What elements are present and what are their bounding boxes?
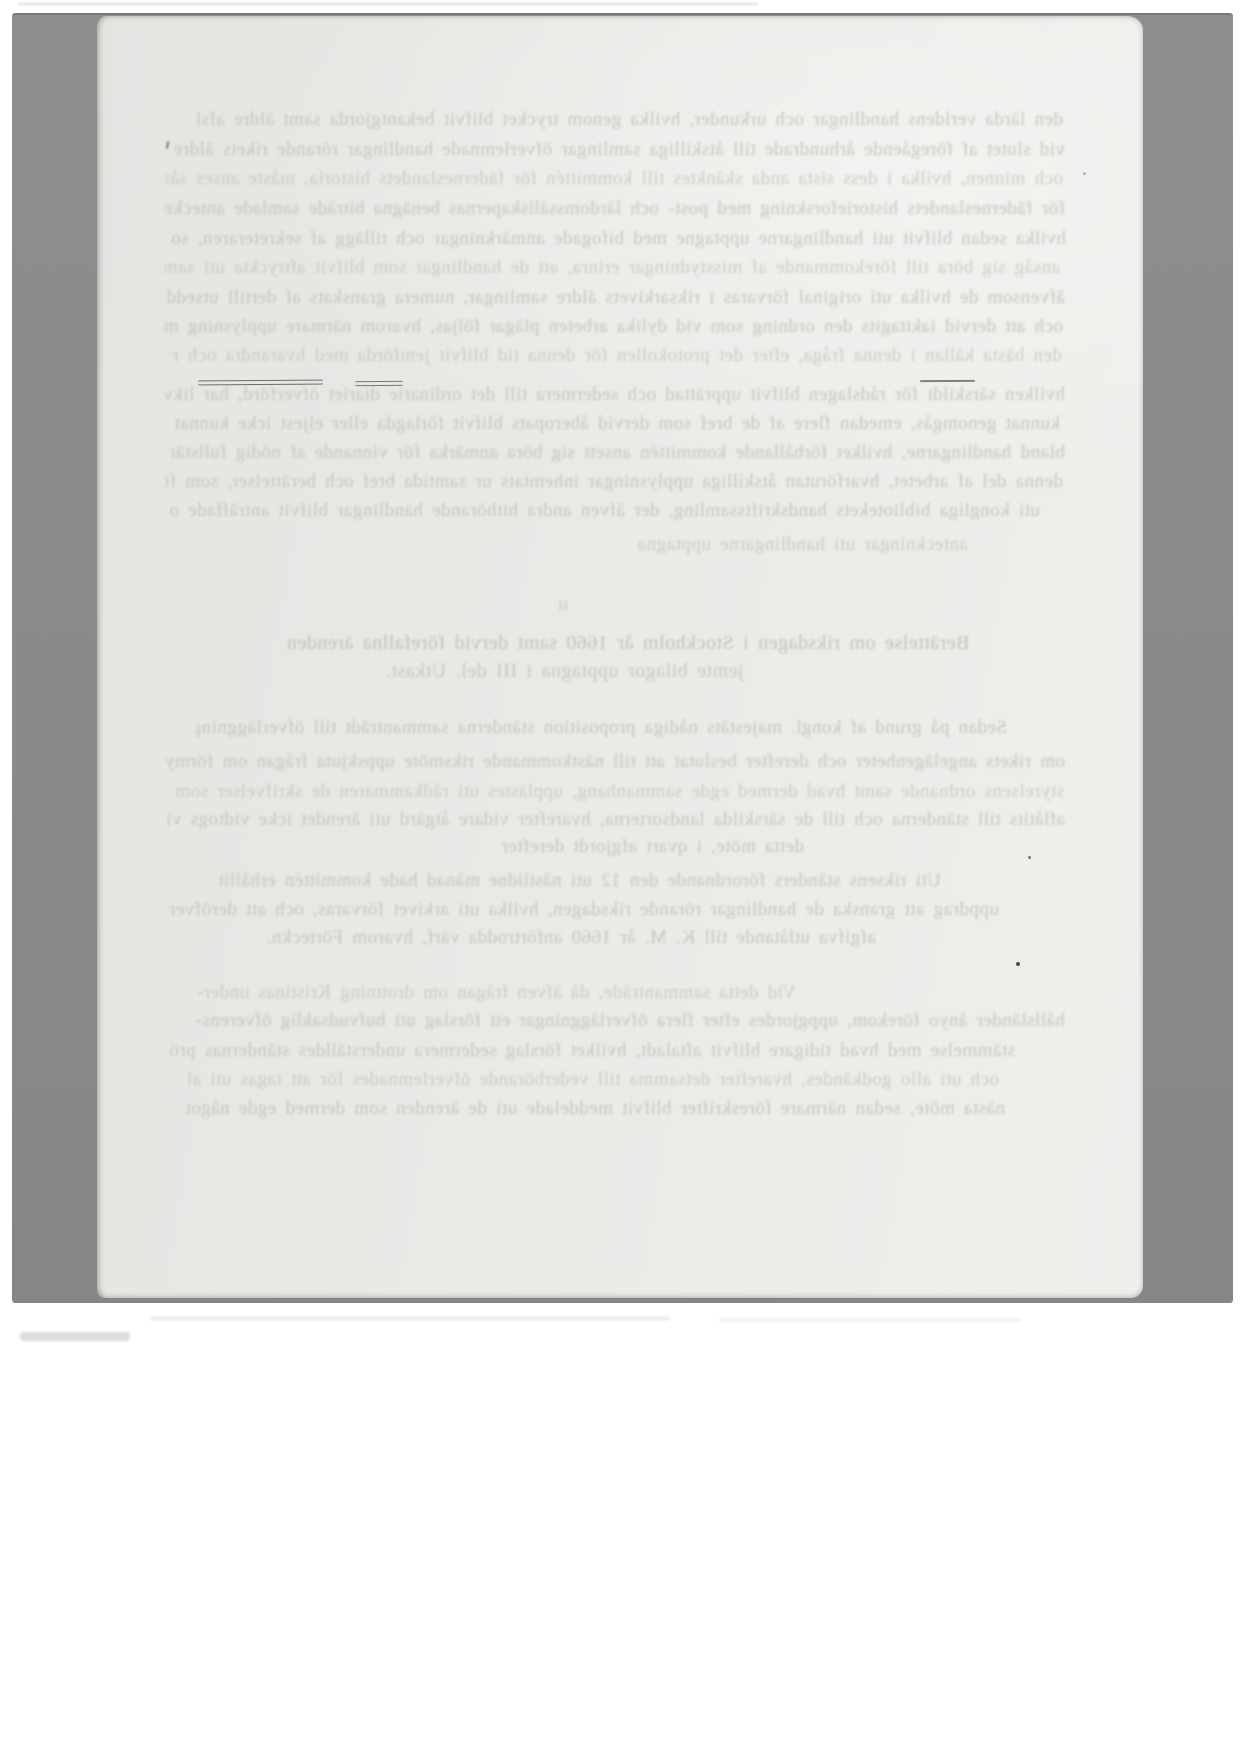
top-edge-scan-line [18,3,758,5]
scanner-mat [12,13,1233,1303]
bottom-smudge [720,1318,1020,1322]
bottom-smudge [20,1332,130,1341]
bottom-smudge [150,1316,670,1321]
book-page [97,16,1143,1298]
scanned-document-image: den lärda verldens handlingar och urkund… [0,0,1240,1754]
